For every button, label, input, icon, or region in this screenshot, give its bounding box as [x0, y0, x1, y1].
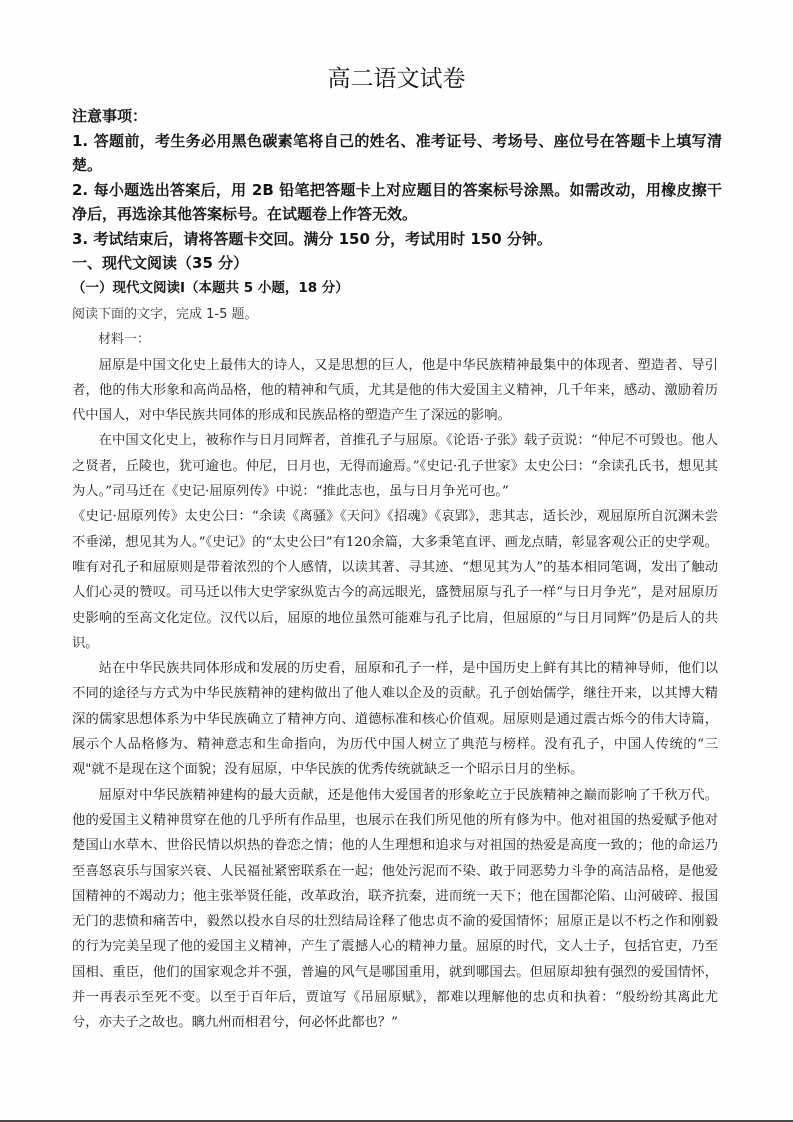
exam-notes: 注意事项： 1. 答题前，考生务必用黑色碳素笔将自己的姓名、准考证号、考场号、座…	[72, 104, 722, 301]
page-title: 高二语文试卷	[0, 64, 793, 94]
passage-paragraph-2: 在中国文化史上，被称作与日月同辉者，首推孔子与屈原。《论语·子张》载子贡说：“仲…	[72, 428, 718, 504]
reading-instruction: 阅读下面的文字，完成 1-5 题。	[72, 302, 718, 327]
subsection-heading: （一）现代文阅读Ⅰ（本题共 5 小题，18 分）	[72, 276, 722, 301]
passage-paragraph-5: 屈原对中华民族精神建构的最大贡献，还是他伟大爱国者的形象屹立于民族精神之巅而影响…	[72, 783, 718, 1036]
notes-item-3: 3. 考试结束后，请将答题卡交回。满分 150 分，考试用时 150 分钟。	[72, 227, 722, 252]
exam-page: 高二语文试卷 注意事项： 1. 答题前，考生务必用黑色碳素笔将自己的姓名、准考证…	[0, 0, 793, 1122]
notes-heading: 注意事项：	[72, 104, 722, 129]
reading-passage: 阅读下面的文字，完成 1-5 题。 材料一： 屈原是中国文化史上最伟大的诗人，又…	[72, 302, 718, 1036]
notes-item-1: 1. 答题前，考生务必用黑色碳素笔将自己的姓名、准考证号、考场号、座位号在答题卡…	[72, 129, 722, 178]
passage-paragraph-3: 《史记·屈原列传》太史公曰：“余读《离骚》《天问》《招魂》《哀郢》，悲其志，适长…	[72, 504, 718, 656]
material-label: 材料一：	[72, 327, 718, 352]
notes-item-2: 2. 每小题选出答案后，用 2B 铅笔把答题卡上对应题目的答案标号涂黑。如需改动…	[72, 178, 722, 227]
passage-paragraph-1: 屈原是中国文化史上最伟大的诗人，又是思想的巨人，他是中华民族精神最集中的体现者、…	[72, 353, 718, 429]
passage-paragraph-4: 站在中华民族共同体形成和发展的历史看，屈原和孔子一样，是中国历史上鲜有其比的精神…	[72, 656, 718, 782]
section-heading: 一、现代文阅读（35 分）	[72, 251, 722, 276]
